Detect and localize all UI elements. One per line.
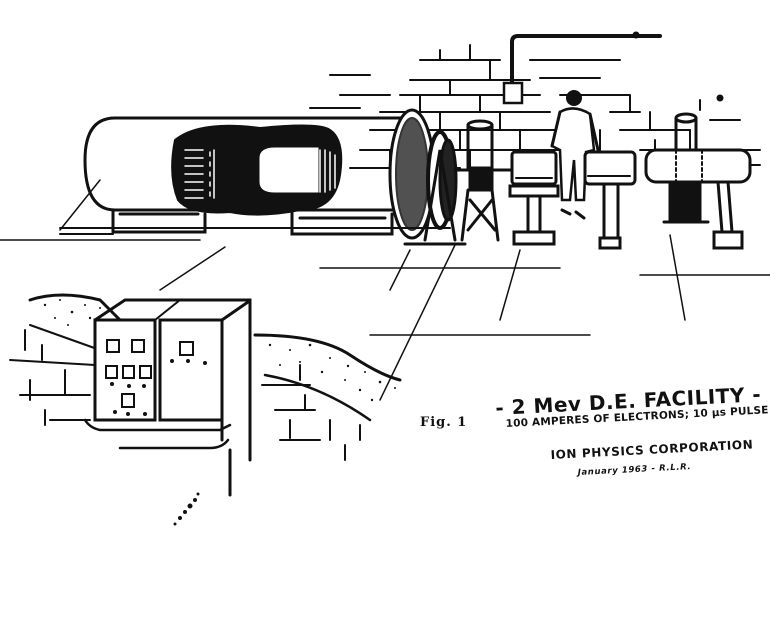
magnet-stand-1 [510, 152, 558, 244]
ink-smudge [174, 493, 200, 526]
figure-label: Fig. 1 [420, 415, 467, 430]
junction-box [504, 83, 522, 103]
control-console [85, 300, 250, 495]
facility-illustration [0, 0, 770, 619]
wall-pipe [512, 36, 660, 90]
vacuum-pump-column [455, 121, 520, 240]
magnet-stand-2 [585, 152, 635, 248]
magnet-stand-3 [646, 114, 750, 248]
